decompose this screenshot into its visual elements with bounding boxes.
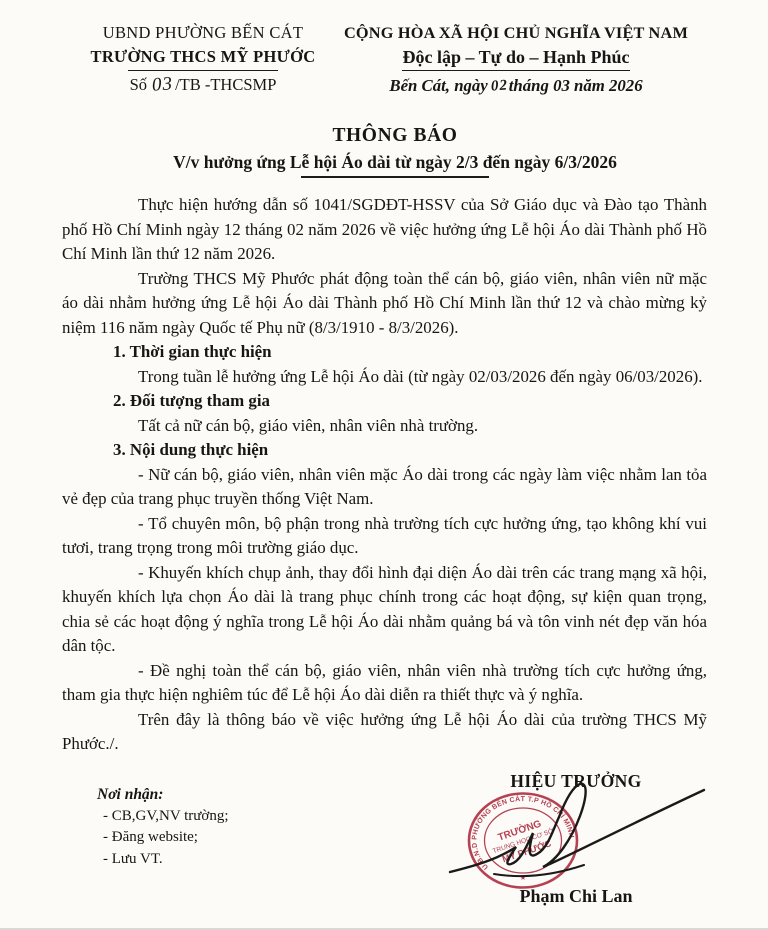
document-body: Thực hiện hướng dẫn số 1041/SGDĐT-HSSV c… xyxy=(62,193,707,757)
paragraph: Trong tuần lễ hưởng ứng Lễ hội Áo dài (t… xyxy=(62,365,707,390)
paragraph: Thực hiện hướng dẫn số 1041/SGDĐT-HSSV c… xyxy=(62,193,707,267)
document-page: UBND PHƯỜNG BẾN CÁT TRƯỜNG THCS MỸ PHƯỚC… xyxy=(0,0,768,930)
national-motto: Độc lập – Tự do – Hạnh Phúc xyxy=(334,45,698,71)
number-label: Số xyxy=(130,75,147,94)
place-date-suffix: tháng 03 năm 2026 xyxy=(509,76,643,95)
document-title: THÔNG BÁO xyxy=(22,122,768,149)
handwritten-day: 02 xyxy=(490,73,509,98)
recipient-item: - Đăng website; xyxy=(97,827,229,849)
document-subtitle: V/v hưởng ứng Lễ hội Áo dài từ ngày 2/3 … xyxy=(22,149,768,175)
school-name: TRƯỜNG THCS MỸ PHƯỚC xyxy=(56,45,350,69)
paragraph: Trường THCS Mỹ Phước phát động toàn thể … xyxy=(62,267,707,341)
authority-name: UBND PHƯỜNG BẾN CÁT xyxy=(56,20,350,45)
national-title: CỘNG HÒA XÃ HỘI CHỦ NGHĨA VIỆT NAM xyxy=(334,20,698,45)
document-number: Số03/TB -THCSMP xyxy=(56,73,350,97)
title-block: THÔNG BÁO V/v hưởng ứng Lễ hội Áo dài từ… xyxy=(22,122,768,178)
school-name-underline xyxy=(128,70,278,71)
paragraph: Tất cả nữ cán bộ, giáo viên, nhân viên n… xyxy=(62,414,707,439)
section-heading: 1. Thời gian thực hiện xyxy=(62,340,707,365)
bullet-paragraph: - Khuyến khích chụp ảnh, thay đổi hình đ… xyxy=(62,561,707,659)
number-suffix: /TB -THCSMP xyxy=(175,75,276,94)
place-date-line: Bến Cát, ngày02tháng 03 năm 2026 xyxy=(334,74,698,98)
handwritten-number: 03 xyxy=(151,72,174,97)
bullet-paragraph: - Đề nghị toàn thể cán bộ, giáo viên, nh… xyxy=(62,659,707,708)
bullet-paragraph: - Nữ cán bộ, giáo viên, nhân viên mặc Áo… xyxy=(62,463,707,512)
national-motto-block: CỘNG HÒA XÃ HỘI CHỦ NGHĨA VIỆT NAM Độc l… xyxy=(334,20,698,98)
signature-flick xyxy=(494,865,584,876)
recipient-item: - Lưu VT. xyxy=(97,849,229,871)
recipients-block: Nơi nhận: - CB,GV,NV trường; - Đăng webs… xyxy=(97,784,229,870)
section-heading: 2. Đối tượng tham gia xyxy=(62,389,707,414)
recipient-item: - CB,GV,NV trường; xyxy=(97,806,229,828)
issuing-authority-block: UBND PHƯỜNG BẾN CÁT TRƯỜNG THCS MỸ PHƯỚC… xyxy=(56,20,350,97)
bullet-paragraph: - Tổ chuyên môn, bộ phận trong nhà trườn… xyxy=(62,512,707,561)
closing-paragraph: Trên đây là thông báo về việc hưởng ứng … xyxy=(62,708,707,757)
section-heading: 3. Nội dung thực hiện xyxy=(62,438,707,463)
principal-signature xyxy=(436,774,718,892)
subtitle-underline xyxy=(301,176,489,178)
signature-stroke xyxy=(450,784,704,872)
signer-name: Phạm Chi Lan xyxy=(440,886,712,907)
recipients-label: Nơi nhận: xyxy=(97,784,229,806)
place-date-prefix: Bến Cát, ngày xyxy=(389,76,487,95)
